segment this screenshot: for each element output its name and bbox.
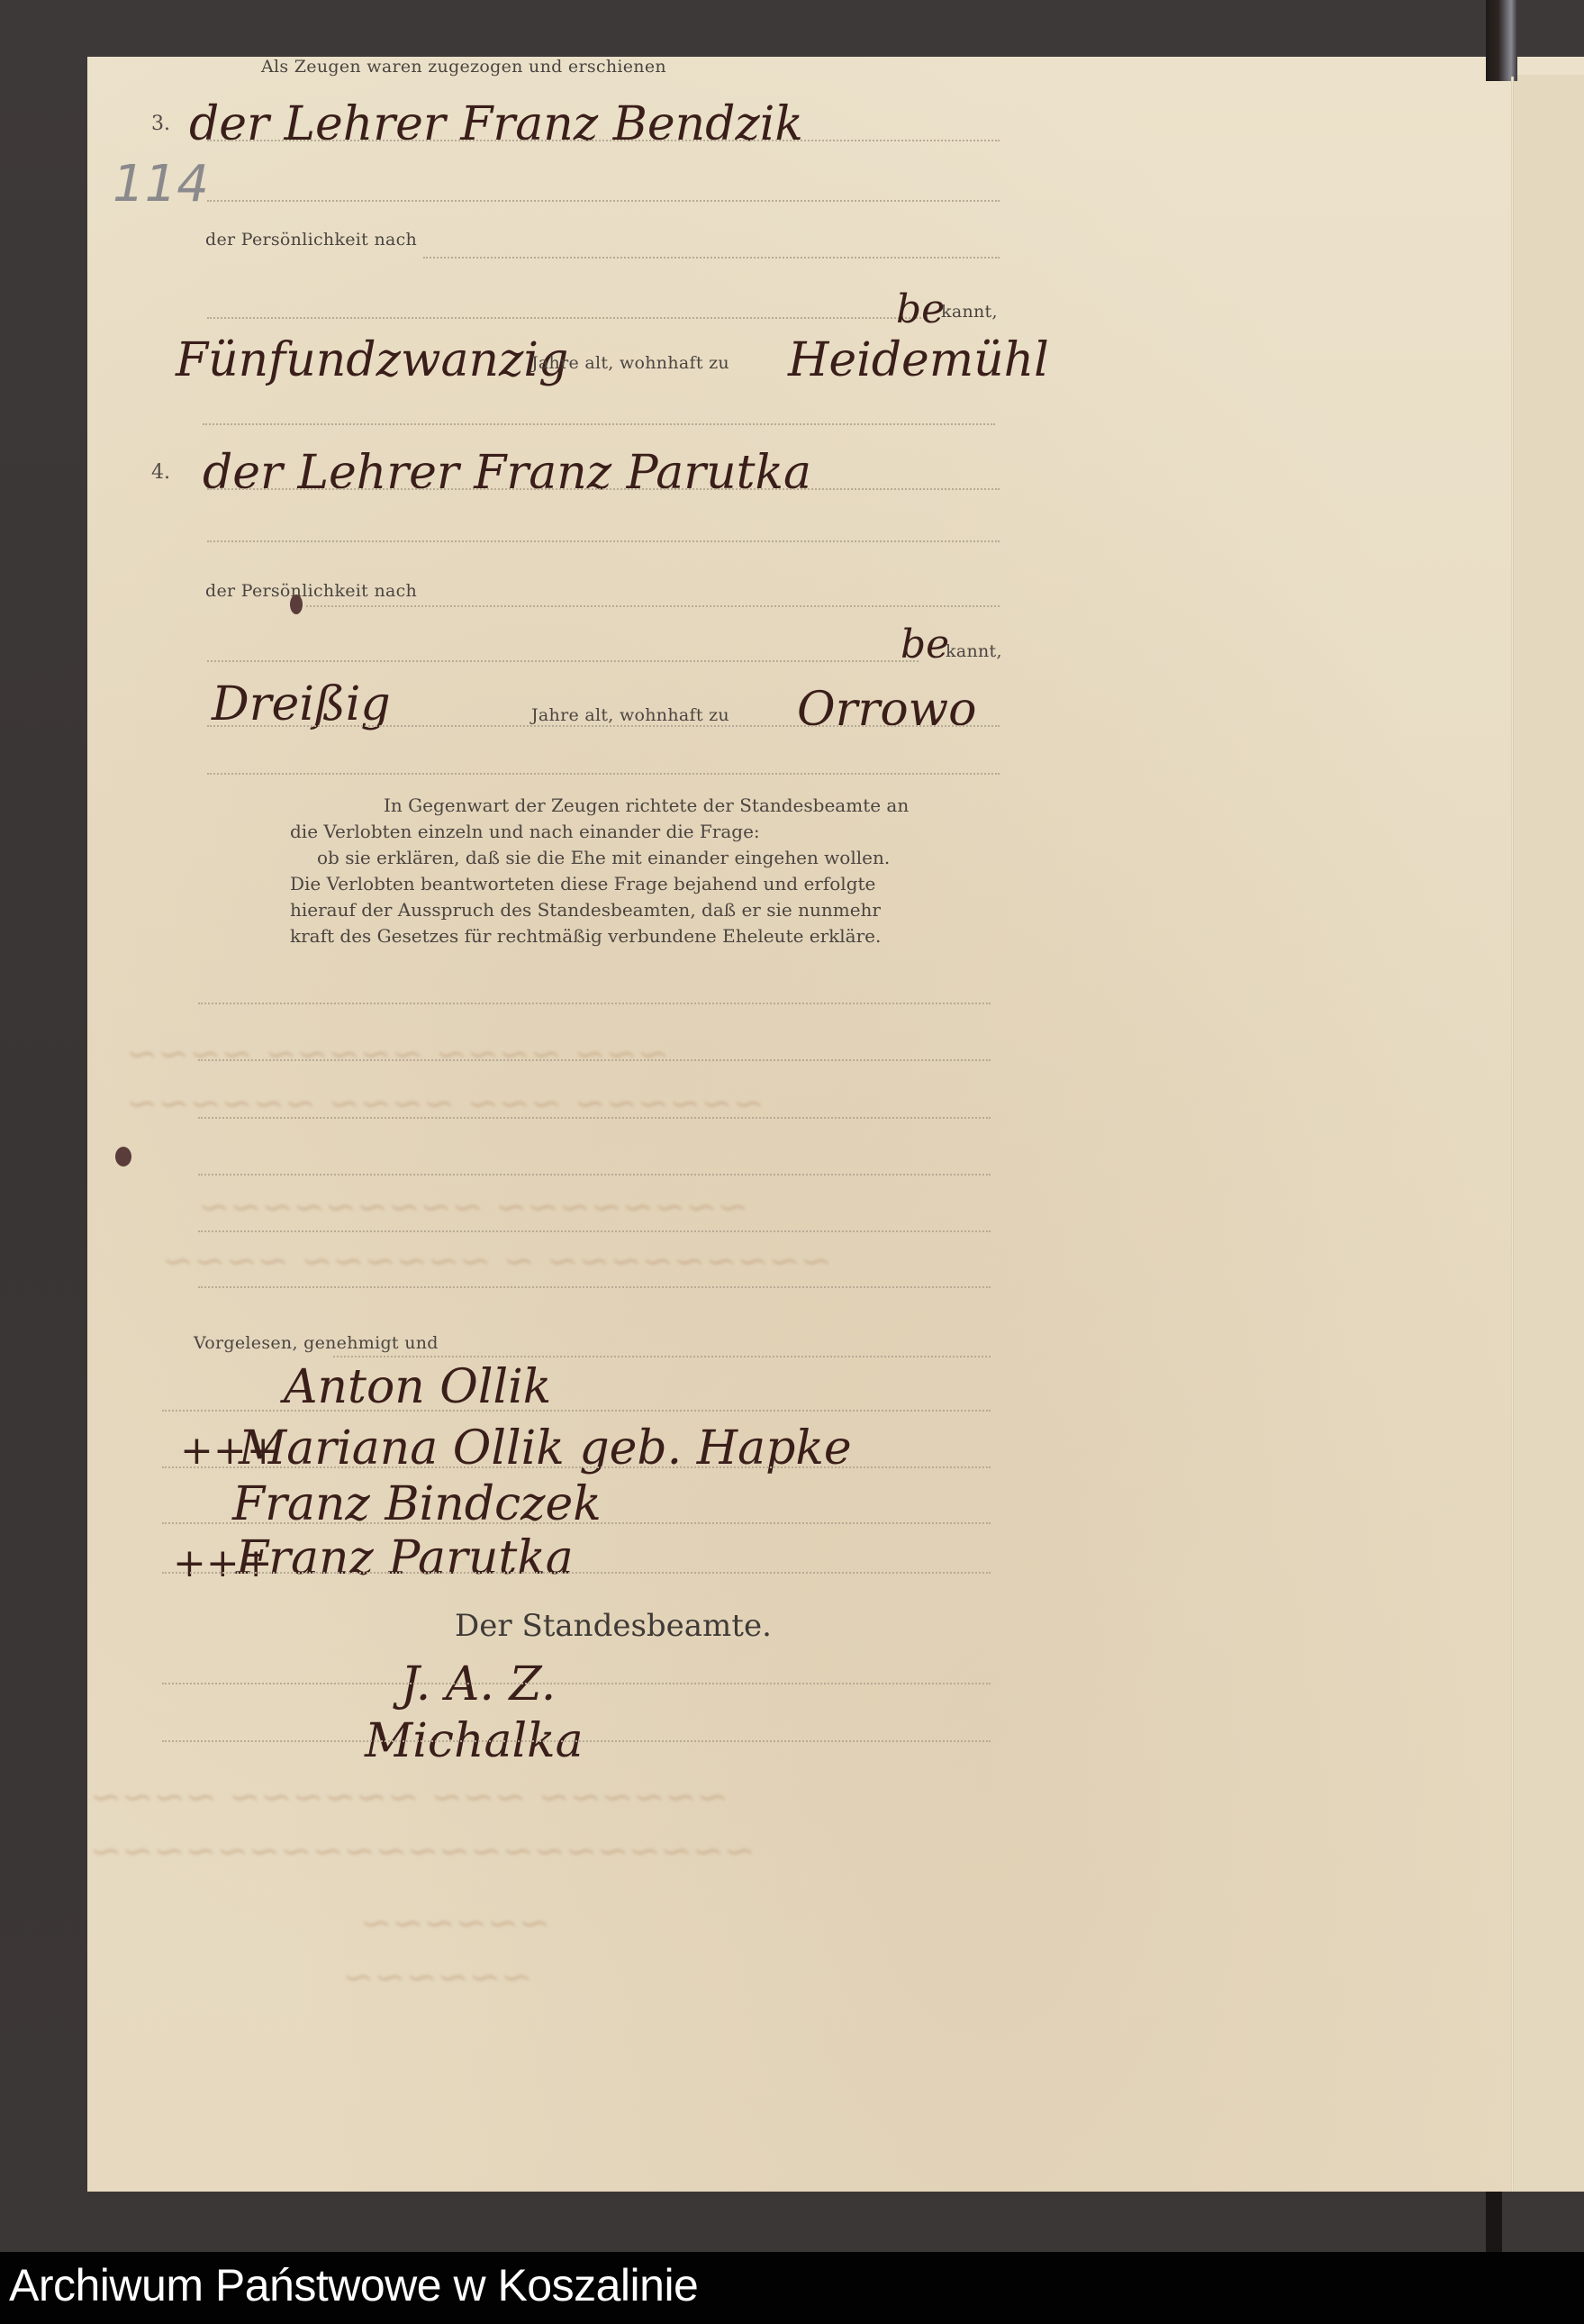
ceremony-paragraph: In Gegenwart der Zeugen richtete der Sta…	[290, 793, 992, 949]
witness-residence-handwritten: Heidemühl	[788, 333, 1049, 387]
bleed-through-text: ~~~~~~	[342, 1955, 532, 1999]
official-title: Der Standesbeamte.	[455, 1608, 772, 1644]
identity-label: der Persönlichkeit nach	[205, 581, 417, 601]
form-line	[198, 1286, 991, 1288]
witness-number: 4.	[151, 461, 170, 484]
pencil-margin-note: 114	[113, 155, 209, 213]
witness-residence-handwritten: Orrowo	[797, 683, 976, 737]
witness-name-handwritten: der Lehrer Franz Bendzik	[189, 97, 803, 151]
identity-label: der Persönlichkeit nach	[205, 230, 417, 250]
form-line	[198, 1117, 991, 1119]
form-line	[162, 1572, 991, 1574]
bleed-through-text: ~~~~~~	[360, 1901, 550, 1945]
form-line	[207, 725, 1000, 727]
form-line	[306, 605, 1000, 607]
known-prefix-handwritten: be	[896, 286, 945, 332]
paragraph-line: In Gegenwart der Zeugen richtete der Sta…	[290, 793, 992, 819]
age-residence-label: Jahre alt, wohnhaft zu	[531, 353, 729, 373]
form-line	[198, 1003, 991, 1004]
signature-witness-4: Franz Parutka	[236, 1531, 574, 1585]
ink-blot	[290, 595, 303, 614]
form-line	[207, 140, 1000, 141]
bleed-through-text: ~~~~~~~~~ ~ ~~~~~~ ~~~~	[162, 1239, 832, 1283]
form-line	[198, 1174, 991, 1176]
binding-shadow-bottom	[1486, 2192, 1502, 2252]
paragraph-line: ob sie erklären, daß sie die Ehe mit ein…	[290, 845, 992, 871]
bleed-through-text: ~~~~~~~~~~~~~~~~~~~~~	[90, 1829, 756, 1873]
archive-banner: Archiwum Państwowe w Koszalinie	[0, 2252, 1584, 2324]
bleed-through-text: ~~~ ~~~~ ~~~~~ ~~~~	[126, 1031, 669, 1076]
form-line	[162, 1683, 991, 1684]
bleed-through-text: ~~~~~~~~ ~~~~~~~~~	[198, 1185, 749, 1229]
form-line	[162, 1410, 991, 1412]
witness-age-handwritten: Dreißig	[212, 677, 391, 731]
known-suffix-print: kannt,	[941, 302, 998, 322]
known-prefix-handwritten: be	[901, 622, 949, 667]
paragraph-line: Die Verlobten beantworteten diese Frage …	[290, 871, 992, 897]
bleed-through-text: ~~~~~~ ~~~ ~~~~~~ ~~~~	[90, 1775, 729, 1819]
form-line	[333, 1356, 991, 1357]
form-line	[207, 317, 928, 319]
paragraph-line: kraft des Gesetzes für rechtmäßig verbun…	[290, 923, 992, 949]
paragraph-line: die Verlobten einzeln und nach einander …	[290, 819, 992, 845]
form-line	[207, 540, 1000, 542]
known-suffix-print: kannt,	[946, 641, 1002, 661]
paragraph-line: hierauf der Ausspruch des Standesbeamten…	[290, 897, 992, 923]
ink-blot	[115, 1147, 131, 1167]
witnesses-header: Als Zeugen waren zugezogen und erschiene…	[261, 57, 666, 77]
age-residence-label: Jahre alt, wohnhaft zu	[531, 705, 729, 725]
form-line	[162, 1740, 991, 1742]
official-initials: J. A. Z.	[401, 1657, 556, 1711]
facing-page-edge	[1513, 75, 1584, 2192]
closing-label: Vorgelesen, genehmigt und	[194, 1333, 439, 1353]
form-line	[207, 200, 1000, 202]
archive-name: Archiwum Państwowe w Koszalinie	[9, 2259, 698, 2311]
form-line	[423, 257, 1000, 259]
form-line	[198, 1059, 991, 1061]
form-line	[207, 773, 1000, 775]
form-line	[203, 423, 995, 425]
witness-number: 3.	[151, 113, 170, 135]
witness-name-handwritten: der Lehrer Franz Parutka	[203, 446, 811, 500]
page-fold-line	[1511, 77, 1514, 2192]
witness-age-handwritten: Fünfundzwanzig	[176, 333, 568, 387]
binding-shadow	[1486, 0, 1517, 81]
form-line	[198, 1230, 991, 1232]
signature-groom: Anton Ollik	[284, 1360, 551, 1414]
form-line	[207, 660, 919, 662]
form-line	[162, 1466, 991, 1468]
form-line	[162, 1522, 991, 1524]
form-line	[207, 488, 1000, 490]
